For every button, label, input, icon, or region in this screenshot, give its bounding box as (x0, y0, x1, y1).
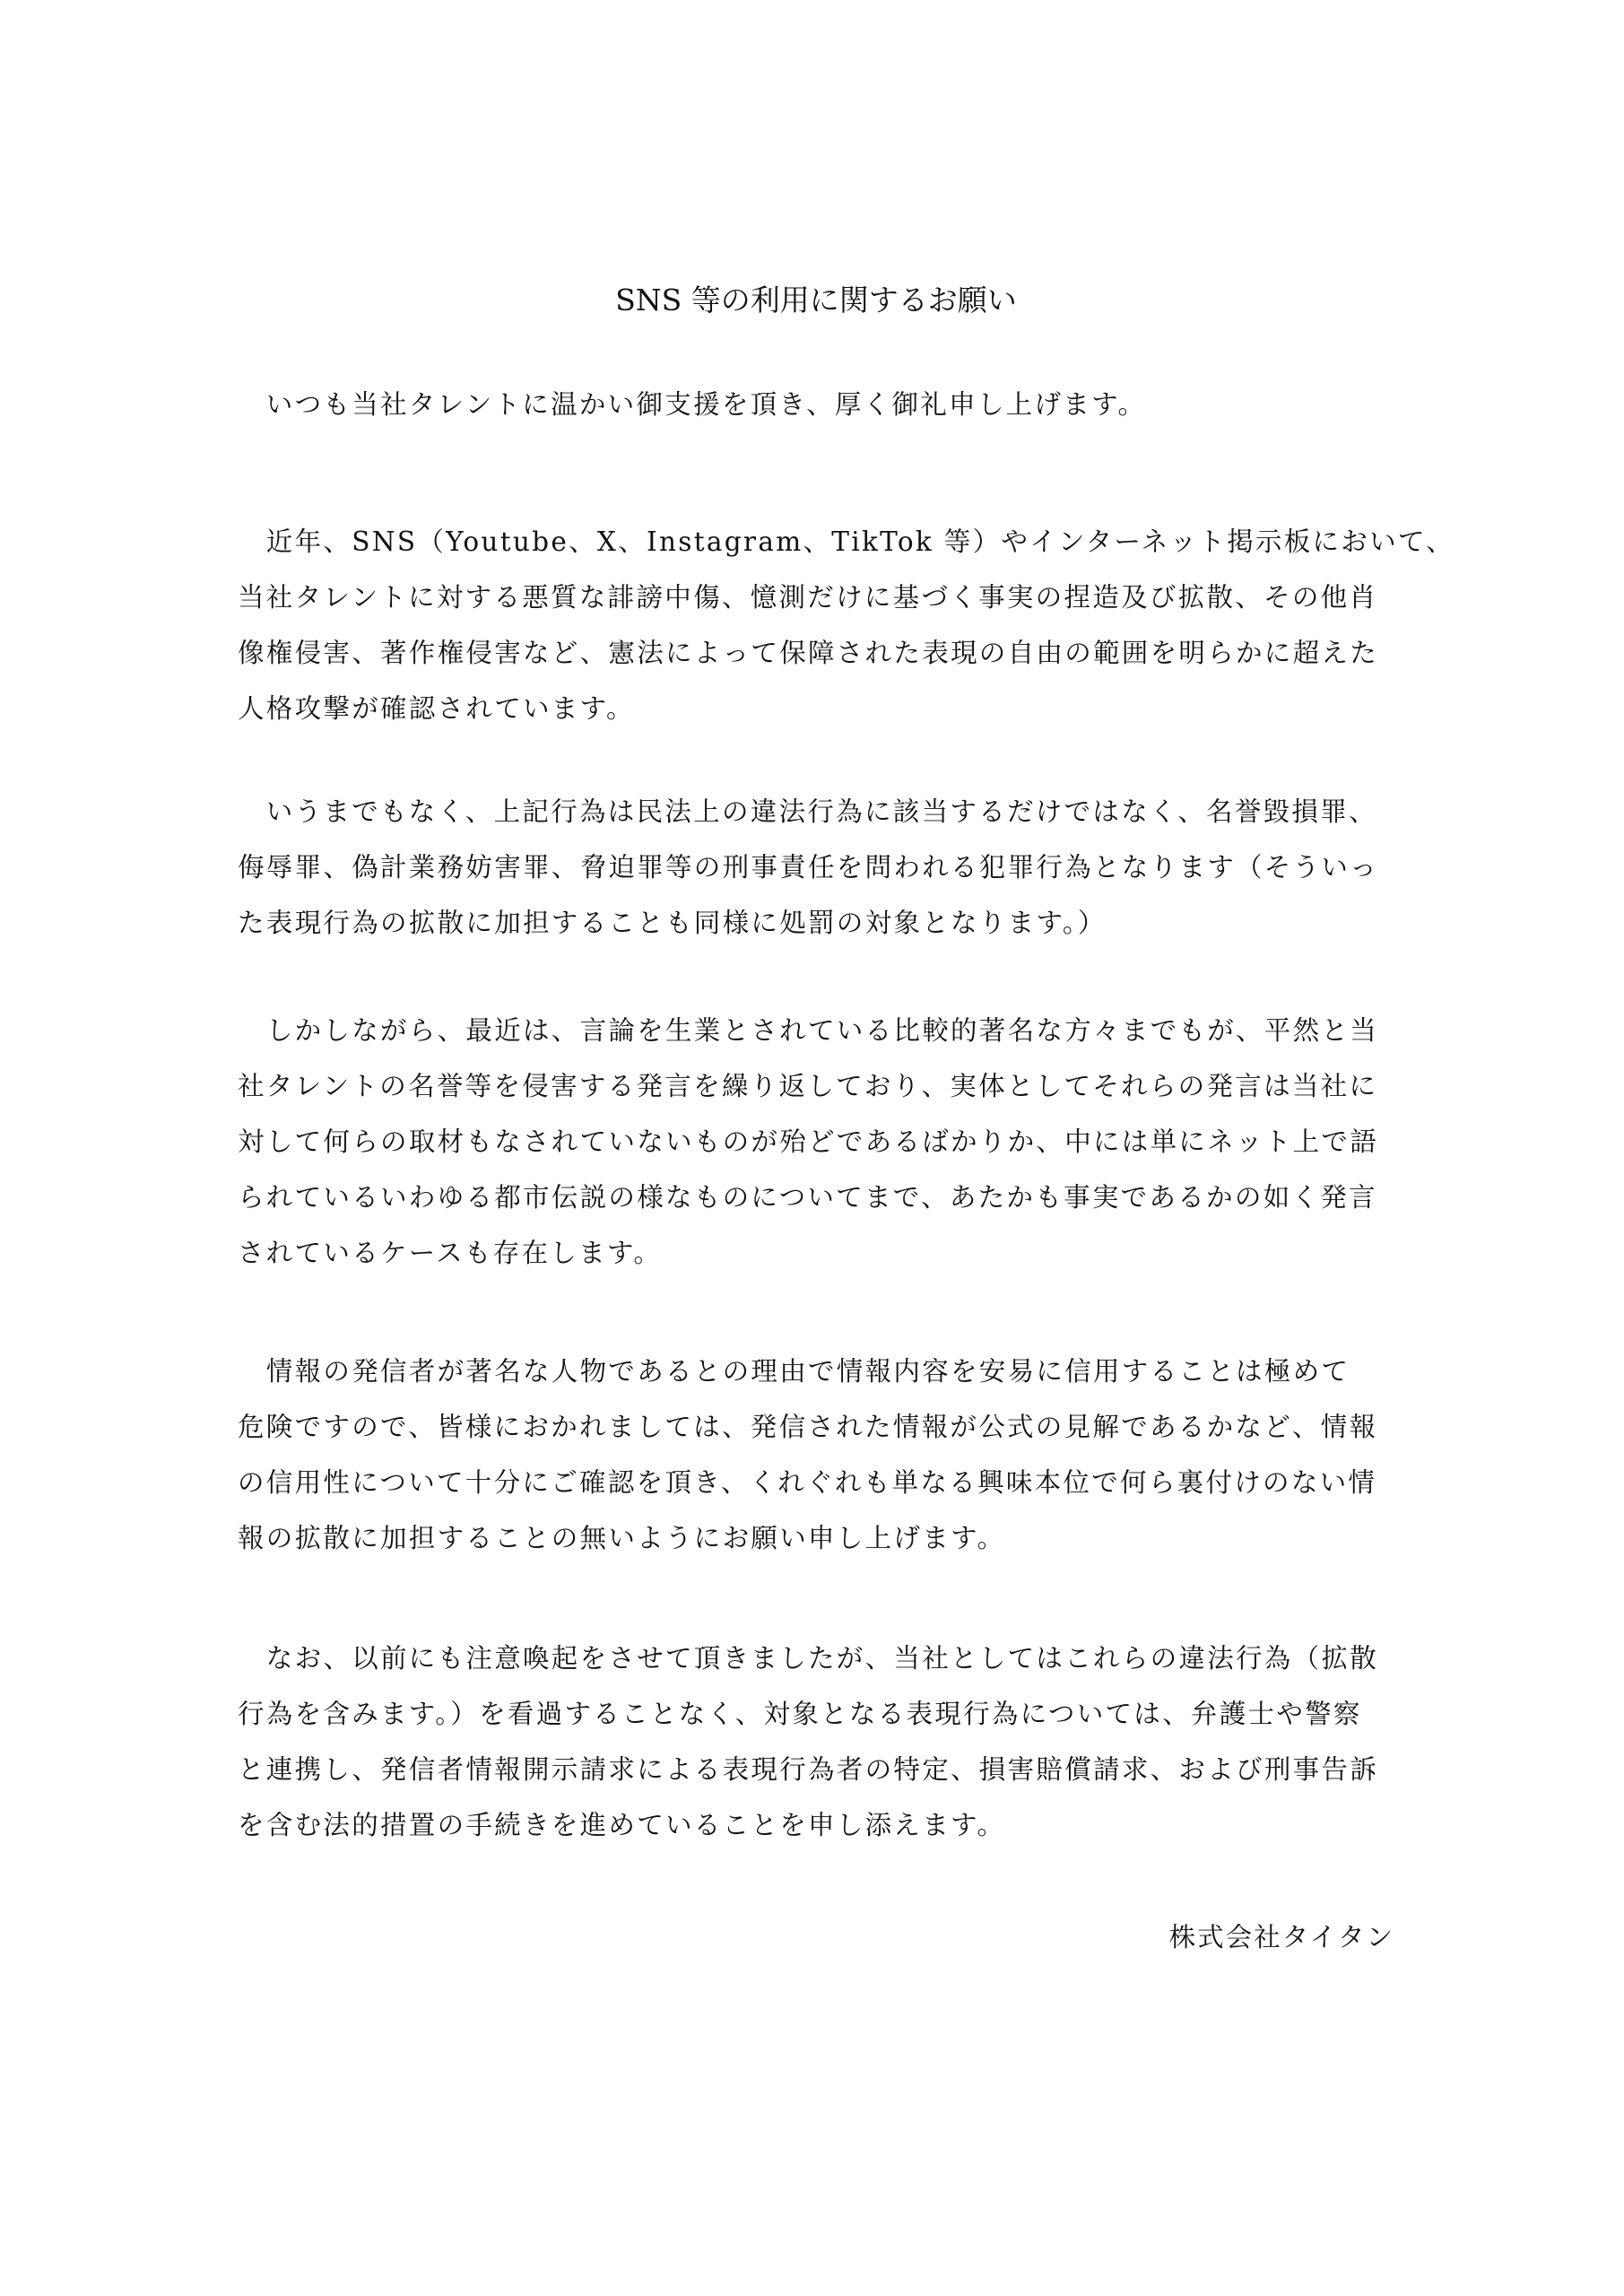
paragraph-line: 危険ですので、皆様におかれましては、発信された情報が公式の見解であるかなど、情報 (238, 1399, 1394, 1455)
paragraph-line: 人格攻撃が確認されています。 (238, 681, 1394, 736)
paragraph-line: 侮辱罪、偽計業務妨害罪、脅迫罪等の刑事責任を問われる犯罪行為となります（そういっ (238, 839, 1394, 895)
paragraph-line: た表現行為の拡散に加担することも同様に処罰の対象となります。） (238, 895, 1394, 951)
paragraph-line: を含む法的措置の手続きを進めていることを申し添えます。 (238, 1797, 1394, 1853)
paragraph-line: 近年、SNS（Youtube、X、Instagram、TikTok 等）やインタ… (238, 514, 1394, 570)
paragraph-line: 情報の発信者が著名な人物であるとの理由で情報内容を安易に信用することは極めて (238, 1344, 1394, 1399)
paragraph-line: しかしながら、最近は、言論を生業とされている比較的著名な方々までもが、平然と当 (238, 1003, 1394, 1058)
paragraph-line: されているケースも存在します。 (238, 1225, 1394, 1281)
paragraph-line: いつも当社タレントに温かい御支援を頂き、厚く御礼申し上げます。 (238, 377, 1394, 432)
paragraph-public-figures: しかしながら、最近は、言論を生業とされている比較的著名な方々までもが、平然と当 … (238, 1003, 1394, 1281)
paragraph-line: 当社タレントに対する悪質な誹謗中傷、憶測だけに基づく事実の捏造及び拡散、その他肖 (238, 570, 1394, 625)
document-title: SNS 等の利用に関するお願い (238, 281, 1394, 320)
company-signature: 株式会社タイタン (1169, 1918, 1394, 1957)
paragraph-line: の信用性について十分にご確認を頂き、くれぐれも単なる興味本位で何ら裏付けのない情 (238, 1455, 1394, 1510)
paragraph-line: 社タレントの名誉等を侵害する発言を繰り返しており、実体としてそれらの発言は当社に (238, 1058, 1394, 1114)
paragraph-legal-action: なお、以前にも注意喚起をさせて頂きましたが、当社としてはこれらの違法行為（拡散 … (238, 1631, 1394, 1853)
paragraph-criminal-liability: いうまでもなく、上記行為は民法上の違法行為に該当するだけではなく、名誉毀損罪、 … (238, 784, 1394, 951)
paragraph-line: と連携し、発信者情報開示請求による表現行為者の特定、損害賠償請求、および刑事告訴 (238, 1742, 1394, 1797)
paragraph-line: 報の拡散に加担することの無いようにお願い申し上げます。 (238, 1510, 1394, 1566)
paragraph-sns-issues: 近年、SNS（Youtube、X、Instagram、TikTok 等）やインタ… (238, 514, 1394, 736)
paragraph-verify-info: 情報の発信者が著名な人物であるとの理由で情報内容を安易に信用することは極めて 危… (238, 1344, 1394, 1566)
paragraph-greeting: いつも当社タレントに温かい御支援を頂き、厚く御礼申し上げます。 (238, 377, 1394, 432)
paragraph-line: 像権侵害、著作権侵害など、憲法によって保障された表現の自由の範囲を明らかに超えた (238, 625, 1394, 681)
paragraph-line: なお、以前にも注意喚起をさせて頂きましたが、当社としてはこれらの違法行為（拡散 (238, 1631, 1394, 1686)
paragraph-line: いうまでもなく、上記行為は民法上の違法行為に該当するだけではなく、名誉毀損罪、 (238, 784, 1394, 839)
paragraph-line: 行為を含みます。）を看過することなく、対象となる表現行為については、弁護士や警察 (238, 1686, 1394, 1742)
paragraph-line: られているいわゆる都市伝説の様なものについてまで、あたかも事実であるかの如く発言 (238, 1170, 1394, 1225)
paragraph-line: 対して何らの取材もなされていないものが殆どであるばかりか、中には単にネット上で語 (238, 1114, 1394, 1170)
